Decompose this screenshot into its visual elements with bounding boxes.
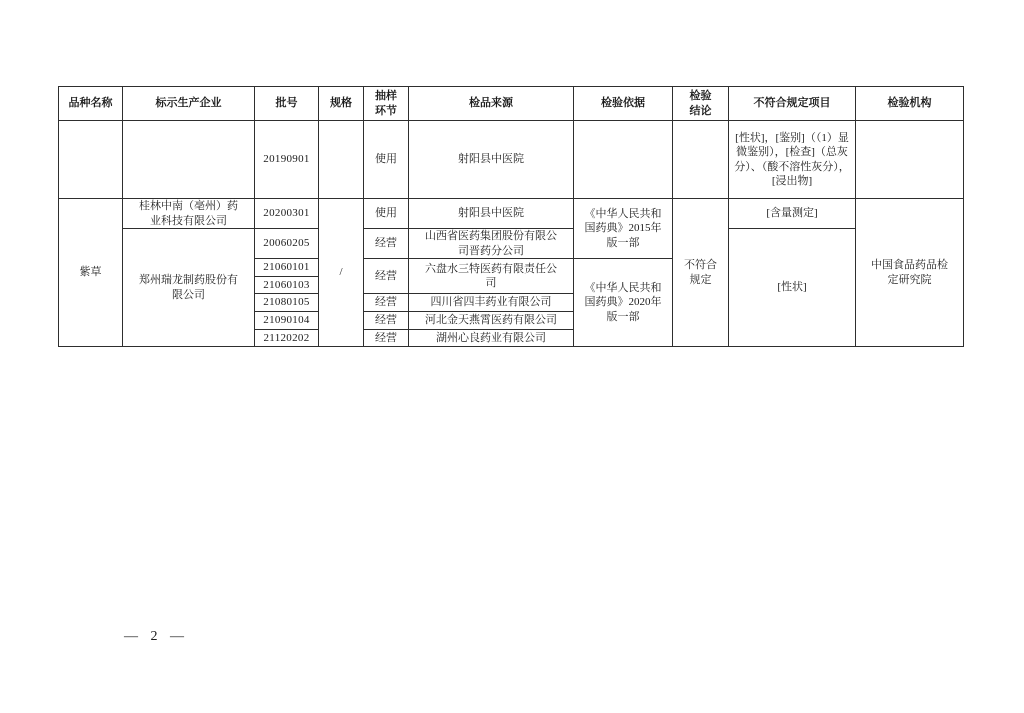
cell-r3-batch: 20060205 [255, 229, 319, 259]
header-agency: 检验机构 [856, 87, 964, 121]
cell-r1-agency-empty [856, 121, 964, 199]
cell-r1-spec-empty [319, 121, 364, 199]
header-sampling: 抽样环节 [364, 87, 409, 121]
cell-r1-defect: [性状]，[鉴别]（（1）显微鉴别），[检查]（总灰分）、（酸不溶性灰分），[浸… [729, 121, 856, 199]
header-defect: 不符合规定项目 [729, 87, 856, 121]
cell-conclusion: 不符合规定 [673, 199, 729, 347]
cell-r8-source: 湖州心良药业有限公司 [409, 330, 574, 347]
cell-r1-conclusion-empty [673, 121, 729, 199]
inspection-table: 品种名称 标示生产企业 批号 规格 抽样环节 检品来源 检验依据 检验结论 不符… [58, 86, 964, 347]
cell-r8-sampling: 经营 [364, 330, 409, 347]
cell-r2-batch: 20200301 [255, 199, 319, 229]
header-variety: 品种名称 [59, 87, 123, 121]
cell-r5-batch: 21060103 [255, 277, 319, 294]
cell-r3-sampling: 经营 [364, 229, 409, 259]
header-sampling-label: 抽样环节 [373, 89, 399, 117]
header-batch: 批号 [255, 87, 319, 121]
manufacturer-guilin-label: 桂林中南（亳州）药业科技有限公司 [137, 199, 239, 227]
manufacturer-zhengzhou-label: 郑州瑞龙制药股份有限公司 [137, 273, 239, 301]
header-manufacturer: 标示生产企业 [123, 87, 255, 121]
table-row: 郑州瑞龙制药股份有限公司 20060205 经营 山西省医药集团股份有限公司晋药… [59, 229, 964, 259]
cell-basis-2015: 《中华人民共和国药典》2015年版一部 [574, 199, 673, 259]
cell-r45-sampling: 经营 [364, 259, 409, 294]
cell-r1-basis-empty [574, 121, 673, 199]
cell-variety: 紫草 [59, 199, 123, 347]
cell-r6-source: 四川省四丰药业有限公司 [409, 294, 574, 312]
table-row: 紫草 桂林中南（亳州）药业科技有限公司 20200301 / 使用 射阳县中医院… [59, 199, 964, 229]
cell-r8-batch: 21120202 [255, 330, 319, 347]
cell-manufacturer-guilin: 桂林中南（亳州）药业科技有限公司 [123, 199, 255, 229]
table-header-row: 品种名称 标示生产企业 批号 规格 抽样环节 检品来源 检验依据 检验结论 不符… [59, 87, 964, 121]
cell-r3-source: 山西省医药集团股份有限公司晋药分公司 [409, 229, 574, 259]
cell-r7-source: 河北金天燕霄医药有限公司 [409, 312, 574, 330]
cell-r45-source: 六盘水三特医药有限责任公司 [409, 259, 574, 294]
source-liupanshui-label: 六盘水三特医药有限责任公司 [423, 262, 558, 290]
page-number: — 2 — [124, 629, 184, 645]
header-spec: 规格 [319, 87, 364, 121]
cell-r1-source: 射阳县中医院 [409, 121, 574, 199]
header-basis: 检验依据 [574, 87, 673, 121]
cell-spec: / [319, 199, 364, 347]
cell-defect-character: [性状] [729, 229, 856, 347]
header-conclusion: 检验结论 [673, 87, 729, 121]
cell-r1-variety-empty [59, 121, 123, 199]
header-source: 检品来源 [409, 87, 574, 121]
table-row: 20190901 使用 射阳县中医院 [性状]，[鉴别]（（1）显微鉴别），[检… [59, 121, 964, 199]
document-page: 品种名称 标示生产企业 批号 规格 抽样环节 检品来源 检验依据 检验结论 不符… [0, 0, 1024, 713]
cell-r7-sampling: 经营 [364, 312, 409, 330]
conclusion-label: 不符合规定 [681, 258, 720, 286]
source-shanxi-label: 山西省医药集团股份有限公司晋药分公司 [423, 229, 558, 257]
basis-2020-label: 《中华人民共和国药典》2020年版一部 [584, 281, 662, 323]
cell-manufacturer-zhengzhou: 郑州瑞龙制药股份有限公司 [123, 229, 255, 347]
agency-label: 中国食品药品检定研究院 [869, 258, 950, 286]
cell-agency: 中国食品药品检定研究院 [856, 199, 964, 347]
cell-r4-batch: 21060101 [255, 259, 319, 277]
basis-2015-label: 《中华人民共和国药典》2015年版一部 [584, 207, 662, 249]
cell-r7-batch: 21090104 [255, 312, 319, 330]
cell-r1-manufacturer-empty [123, 121, 255, 199]
cell-r2-sampling: 使用 [364, 199, 409, 229]
cell-defect-assay: [含量测定] [729, 199, 856, 229]
header-conclusion-label: 检验结论 [687, 89, 713, 117]
cell-r2-source: 射阳县中医院 [409, 199, 574, 229]
cell-r1-batch: 20190901 [255, 121, 319, 199]
cell-r6-sampling: 经营 [364, 294, 409, 312]
cell-r1-sampling: 使用 [364, 121, 409, 199]
cell-basis-2020: 《中华人民共和国药典》2020年版一部 [574, 259, 673, 347]
cell-r6-batch: 21080105 [255, 294, 319, 312]
